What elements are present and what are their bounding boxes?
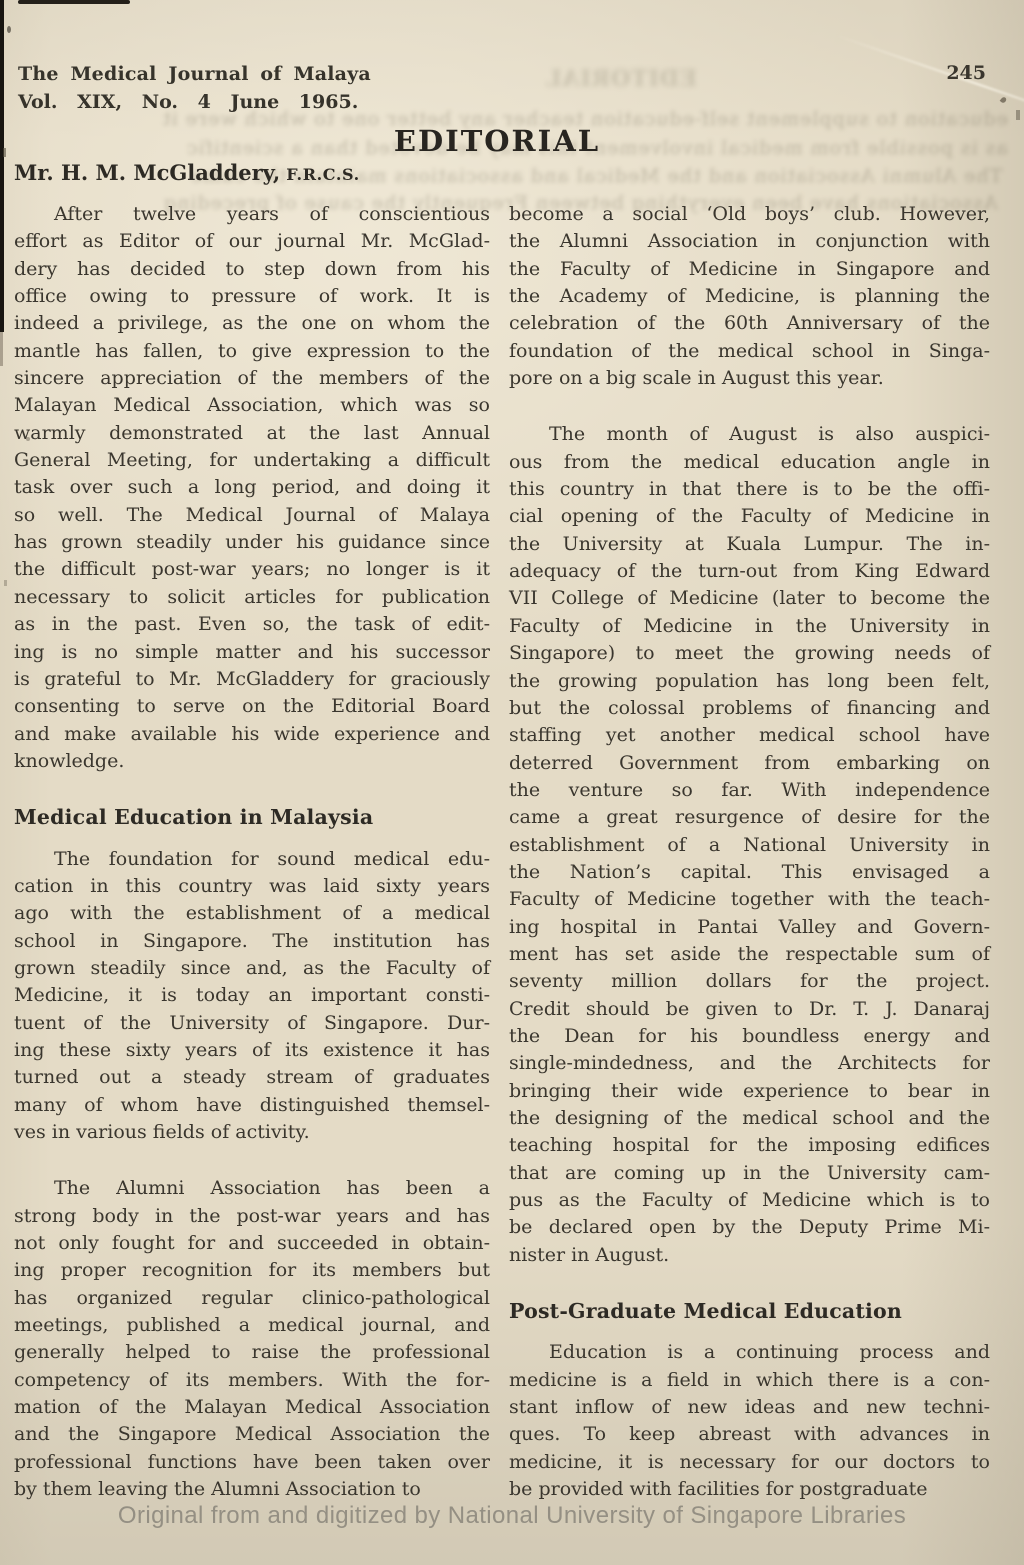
- journal-title: The Medical Journal of Malaya: [18, 63, 371, 85]
- text-line: the Academy of Medicine, is planning the: [509, 283, 990, 310]
- text-line: competency of its members. With the for-: [14, 1367, 490, 1394]
- text-line: dery has decided to step down from his: [14, 256, 490, 283]
- issue-line: Vol. XIX, No. 4 June 1965.: [18, 91, 358, 113]
- text-line: knowledge.: [14, 748, 490, 775]
- author-line: Mr. H. M. McGladdery,F.R.C.S.: [14, 160, 360, 185]
- text-line: The Alumni Association has been a: [14, 1175, 490, 1202]
- scanned-journal-page: EDITORIAL education to supplement self-e…: [0, 0, 1024, 1565]
- text-line: become a social ‘Old boys’ club. However…: [509, 201, 990, 228]
- ink-speck: [1000, 96, 1008, 104]
- text-line: single-mindedness, and the Architects fo…: [509, 1050, 990, 1077]
- text-line: but the colossal problems of financing a…: [509, 695, 990, 722]
- text-line: many of whom have distinguished themsel-: [14, 1092, 490, 1119]
- text-line: is grateful to Mr. McGladdery for gracio…: [14, 666, 490, 693]
- text-line: be declared open by the Deputy Prime Mi-: [509, 1214, 990, 1241]
- paragraph: After twelve years of conscientiouseffor…: [14, 201, 490, 775]
- text-line: the growing population has long been fel…: [509, 668, 990, 695]
- paragraph: Education is a continuing process andmed…: [509, 1339, 990, 1503]
- text-line: meetings, published a medical journal, a…: [14, 1312, 490, 1339]
- text-line: ing these sixty years of its existence i…: [14, 1037, 490, 1064]
- text-line: the difficult post-war years; no longer …: [14, 556, 490, 583]
- text-line: task over such a long period, and doing …: [14, 474, 490, 501]
- text-line: staffing yet another medical school have: [509, 722, 990, 749]
- article-title: EDITORIAL: [0, 124, 994, 158]
- author-credentials: F.R.C.S.: [286, 165, 360, 184]
- text-line: medicine is a field in which there is a …: [509, 1367, 990, 1394]
- section-heading: Medical Education in Malaysia: [14, 804, 490, 831]
- text-line: ago with the establishment of a medical: [14, 900, 490, 927]
- text-line: turned out a steady stream of graduates: [14, 1064, 490, 1091]
- text-line: mation of the Malayan Medical Associatio…: [14, 1394, 490, 1421]
- text-line: grown steadily since and, as the Faculty…: [14, 955, 490, 982]
- scan-edge-shadow-fade: [0, 332, 3, 366]
- text-line: indeed a privilege, as the one on whom t…: [14, 310, 490, 337]
- library-watermark: Original from and digitized by National …: [0, 1502, 1024, 1530]
- text-line: celebration of the 60th Anniversary of t…: [509, 310, 990, 337]
- text-line: the Nation’s capital. This envisaged a: [509, 859, 990, 886]
- text-line: seventy million dollars for the project.: [509, 968, 990, 995]
- text-line: VII College of Medicine (later to become…: [509, 585, 990, 612]
- text-line: ment has set aside the respectable sum o…: [509, 941, 990, 968]
- paragraph: The foundation for sound medical edu-cat…: [14, 846, 490, 1147]
- text-line: and the Singapore Medical Association th…: [14, 1421, 490, 1448]
- text-line: the University at Kuala Lumpur. The in-: [509, 531, 990, 558]
- text-line: nister in August.: [509, 1242, 990, 1269]
- page-number: 245: [946, 62, 986, 84]
- text-line: the Faculty of Medicine in Singapore and: [509, 256, 990, 283]
- text-line: the Dean for his boundless energy and: [509, 1023, 990, 1050]
- text-line: General Meeting, for undertaking a diffi…: [14, 447, 490, 474]
- text-line: professional functions have been taken o…: [14, 1449, 490, 1476]
- section-heading: Post-Graduate Medical Education: [509, 1298, 990, 1325]
- text-line: Faculty of Medicine together with the te…: [509, 886, 990, 913]
- text-line: ing proper recognition for its members b…: [14, 1257, 490, 1284]
- text-line: ous from the medical education angle in: [509, 449, 990, 476]
- paragraph: The month of August is also auspici-ous …: [509, 421, 990, 1269]
- ink-speck: [1016, 110, 1020, 120]
- text-line: and make available his wide experience a…: [14, 721, 490, 748]
- text-line: Malayan Medical Association, which was s…: [14, 392, 490, 419]
- text-line: the Alumni Association in conjunction wi…: [509, 228, 990, 255]
- text-line: tuent of the University of Singapore. Du…: [14, 1010, 490, 1037]
- text-line: After twelve years of conscientious: [14, 201, 490, 228]
- bleed-through-ghost-text: EDITORIAL: [545, 66, 697, 92]
- text-line: school in Singapore. The institution has: [14, 928, 490, 955]
- text-line: has grown steadily under his guidance si…: [14, 529, 490, 556]
- text-line: foundation of the medical school in Sing…: [509, 338, 990, 365]
- text-line: ing hospital in Pantai Valley and Govern…: [509, 914, 990, 941]
- ink-speck: [4, 580, 7, 586]
- text-line: generally helped to raise the profession…: [14, 1339, 490, 1366]
- paper-crease: [835, 34, 1024, 134]
- text-line: so well. The Medical Journal of Malaya: [14, 502, 490, 529]
- text-line: pus as the Faculty of Medicine which is …: [509, 1187, 990, 1214]
- text-line: sincere appreciation of the members of t…: [14, 365, 490, 392]
- text-line: came a great resurgence of desire for th…: [509, 804, 990, 831]
- text-line: Singapore) to meet the growing needs of: [509, 640, 990, 667]
- paragraph: The Alumni Association has been astrong …: [14, 1175, 490, 1503]
- text-line: as in the past. Even so, the task of edi…: [14, 611, 490, 638]
- column-right: become a social ‘Old boys’ club. However…: [509, 201, 990, 1532]
- text-line: ques. To keep abreast with advances in: [509, 1421, 990, 1448]
- text-line: cation in this country was laid sixty ye…: [14, 873, 490, 900]
- text-line: office owing to pressure of work. It is: [14, 283, 490, 310]
- text-line: effort as Editor of our journal Mr. McGl…: [14, 228, 490, 255]
- ink-speck: [7, 26, 11, 33]
- text-line: has organized regular clinico-pathologic…: [14, 1285, 490, 1312]
- paragraph: become a social ‘Old boys’ club. However…: [509, 201, 990, 392]
- text-line: the designing of the medical school and …: [509, 1105, 990, 1132]
- text-line: pore on a big scale in August this year.: [509, 365, 990, 392]
- text-line: Medicine, it is today an important const…: [14, 982, 490, 1009]
- text-line: ves in various fields of activity.: [14, 1119, 490, 1146]
- text-line: medicine, it is necessary for our doctor…: [509, 1449, 990, 1476]
- text-line: deterred Government from embarking on: [509, 750, 990, 777]
- column-left: After twelve years of conscientiouseffor…: [14, 201, 490, 1532]
- scan-edge-mark: [18, 0, 130, 4]
- text-line: mantle has fallen, to give expression to…: [14, 338, 490, 365]
- text-line: not only fought for and succeeded in obt…: [14, 1230, 490, 1257]
- text-line: necessary to solicit articles for public…: [14, 584, 490, 611]
- text-line: ing is no simple matter and his successo…: [14, 639, 490, 666]
- text-line: by them leaving the Alumni Association t…: [14, 1476, 490, 1503]
- text-line: adequacy of the turn-out from King Edwar…: [509, 558, 990, 585]
- text-line: Credit should be given to Dr. T. J. Dana…: [509, 996, 990, 1023]
- text-line: warmly demonstrated at the last Annual: [14, 420, 490, 447]
- text-line: bringing their wide experience to bear i…: [509, 1078, 990, 1105]
- author-name: Mr. H. M. McGladdery,: [14, 160, 280, 185]
- text-line: that are coming up in the University cam…: [509, 1160, 990, 1187]
- text-line: teaching hospital for the imposing edifi…: [509, 1132, 990, 1159]
- text-line: cial opening of the Faculty of Medicine …: [509, 503, 990, 530]
- text-line: strong body in the post-war years and ha…: [14, 1203, 490, 1230]
- text-line: be provided with facilities for postgrad…: [509, 1476, 990, 1503]
- text-line: The month of August is also auspici-: [509, 421, 990, 448]
- text-line: stant inflow of new ideas and new techni…: [509, 1394, 990, 1421]
- text-line: this country in that there is to be the …: [509, 476, 990, 503]
- text-line: the venture so far. With independence: [509, 777, 990, 804]
- text-line: The foundation for sound medical edu-: [14, 846, 490, 873]
- scan-edge-shadow: [0, 0, 4, 332]
- text-line: consenting to serve on the Editorial Boa…: [14, 693, 490, 720]
- text-line: Faculty of Medicine in the University in: [509, 613, 990, 640]
- text-line: Education is a continuing process and: [509, 1339, 990, 1366]
- text-line: establishment of a National University i…: [509, 832, 990, 859]
